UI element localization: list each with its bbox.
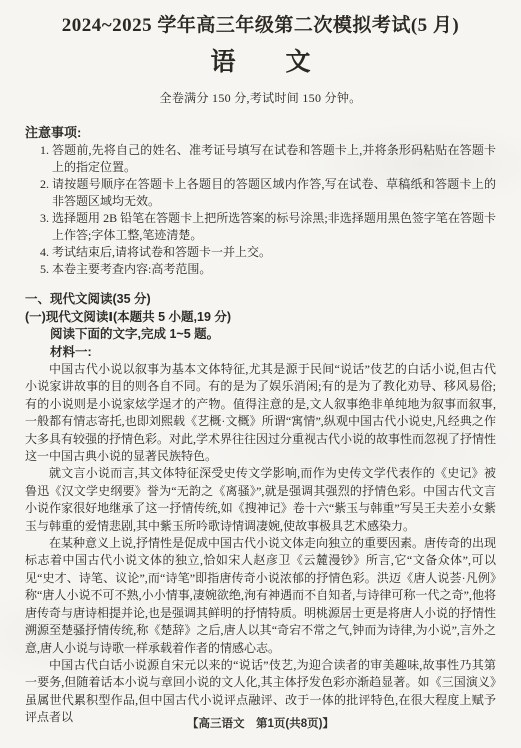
note-item-5: 5. 本卷主要考查内容:高考范围。: [25, 261, 496, 278]
notes-heading: 注意事项:: [25, 123, 496, 142]
note-text: 本卷主要考查内容:高考范围。: [52, 261, 496, 278]
reading-passage: 中国古代小说以叙事为基本文体特征,尤其是源于民间“说话”伎艺的白话小说,但古代小…: [25, 361, 496, 727]
note-text: 选择题用 2B 铅笔在答题卡上把所选答案的标号涂黑;非选择题用黑色签字笔在答题卡…: [52, 210, 496, 244]
section-heading-modern-reading: 一、现代文阅读(35 分): [25, 291, 496, 309]
material-one-label: 材料一:: [25, 344, 496, 362]
note-item-4: 4. 考试结束后,请将试卷和答题卡一并上交。: [25, 244, 496, 261]
note-number: 4.: [40, 244, 49, 261]
passage-paragraph-3: 在某种意义上说,抒情性是促成中国古代小说文体走向独立的重要因素。唐传奇的出现标志…: [25, 535, 496, 657]
note-text: 考试结束后,请将试卷和答题卡一并上交。: [52, 244, 496, 261]
note-item-1: 1. 答题前,先将自己的姓名、准考证号填写在试卷和答题卡上,并将条形码粘贴在答题…: [25, 142, 496, 176]
notes-section: 注意事项: 1. 答题前,先将自己的姓名、准考证号填写在试卷和答题卡上,并将条形…: [25, 123, 496, 278]
reading-section: 一、现代文阅读(35 分) (一)现代文阅读Ⅰ(本题共 5 小题,19 分) 阅…: [25, 291, 496, 727]
subject-title: 语 文: [25, 47, 496, 79]
exam-info-line: 全卷满分 150 分,考试时间 150 分钟。: [25, 90, 496, 106]
passage-paragraph-2: 就文言小说而言,其文体特征深受史传文学影响,而作为史传文学代表作的《史记》被鲁迅…: [25, 465, 496, 535]
page-footer: 【高三语文 第1页(共8页)】: [0, 715, 521, 731]
note-number: 5.: [40, 261, 49, 278]
exam-title: 2024~2025 学年高三年级第二次模拟考试(5 月): [25, 12, 496, 39]
reading-instruction: 阅读下面的文字,完成 1~5 题。: [25, 326, 496, 344]
note-number: 3.: [40, 210, 49, 244]
subsection-heading-reading-1: (一)现代文阅读Ⅰ(本题共 5 小题,19 分): [25, 309, 496, 327]
note-item-3: 3. 选择题用 2B 铅笔在答题卡上把所选答案的标号涂黑;非选择题用黑色签字笔在…: [25, 210, 496, 244]
note-number: 1.: [40, 142, 49, 176]
note-item-2: 2. 请按题号顺序在答题卡上各题目的答题区域内作答,写在试卷、草稿纸和答题卡上的…: [25, 176, 496, 210]
note-number: 2.: [40, 176, 49, 210]
passage-paragraph-1: 中国古代小说以叙事为基本文体特征,尤其是源于民间“说话”伎艺的白话小说,但古代小…: [25, 361, 496, 465]
exam-paper-page: 2024~2025 学年高三年级第二次模拟考试(5 月) 语 文 全卷满分 15…: [0, 0, 521, 748]
note-text: 答题前,先将自己的姓名、准考证号填写在试卷和答题卡上,并将条形码粘贴在答题卡上的…: [52, 142, 496, 176]
note-text: 请按题号顺序在答题卡上各题目的答题区域内作答,写在试卷、草稿纸和答题卡上的非答题…: [52, 176, 496, 210]
